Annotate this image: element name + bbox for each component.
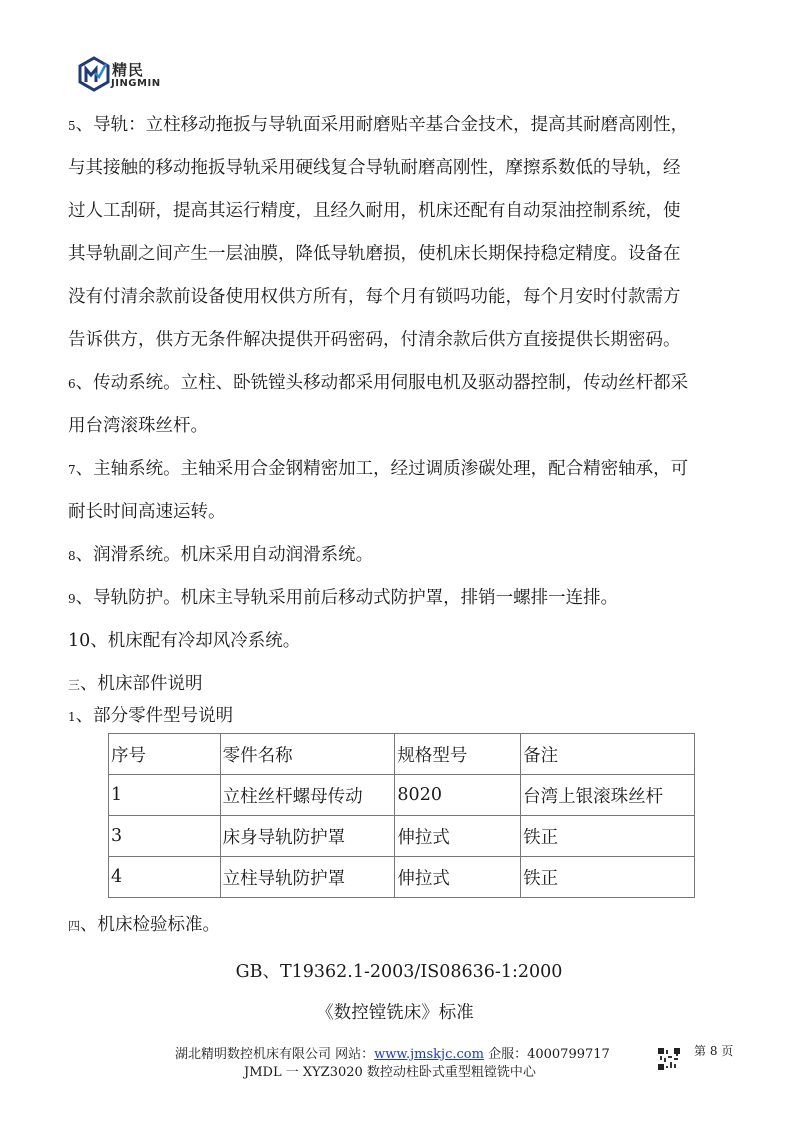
item10: 10、机床配有冷却风冷系统。 bbox=[68, 631, 300, 651]
sub-number: 1 bbox=[68, 710, 76, 724]
company-logo: 精民 JINGMIN bbox=[78, 56, 188, 98]
item5-line-5: 没有付清余款前设备使用权供方所有，每个月有锁吗功能，每个月安时付款需方 bbox=[68, 287, 681, 307]
item5-line-2: 与其接触的移动拖扳导轨采用硬线复合导轨耐磨高刚性，摩擦系数低的导轨，经 bbox=[68, 158, 681, 178]
paragraph-text: 、导轨：立柱移动拖扳与导轨面采用耐磨贴辛基合金技术，提高其耐磨高刚性， bbox=[76, 115, 689, 135]
item8: 8、润滑系统。机床采用自动润滑系统。 bbox=[68, 545, 373, 566]
section-number: 四 bbox=[68, 919, 80, 933]
sub1-heading: 1、部分零件型号说明 bbox=[68, 706, 233, 727]
cell-model: 8020 bbox=[395, 775, 521, 816]
item-number: 6 bbox=[68, 377, 76, 391]
qr-code-icon bbox=[658, 1048, 680, 1070]
cell-index: 4 bbox=[109, 857, 221, 898]
standard-code: GB、T19362.1-2003/IS08636-1:2000 bbox=[0, 958, 799, 983]
item5-line-6: 告诉供方，供方无条件解决提供开码密码，付清余款后供方直接提供长期密码。 bbox=[68, 330, 681, 350]
website-link[interactable]: www.jmskjc.com bbox=[374, 1047, 484, 1062]
item6-line-1: 6、传动系统。立柱、卧铣镗头移动都采用伺服电机及驱动器控制，传动丝杆都采 bbox=[68, 373, 688, 394]
table-row: 1 立柱丝杆螺母传动 8020 台湾上银滚珠丝杆 bbox=[109, 775, 695, 816]
logo-hexagon-icon bbox=[78, 56, 110, 92]
page-number: 第 8 页 bbox=[694, 1042, 733, 1059]
cell-part-name: 立柱导轨防护罩 bbox=[220, 857, 395, 898]
cell-remark: 铁正 bbox=[521, 816, 695, 857]
item6-line-2: 用台湾滚珠丝杆。 bbox=[68, 416, 208, 436]
service-phone: 4000799717 bbox=[527, 1047, 610, 1062]
parts-table: 序号 零件名称 规格型号 备注 1 立柱丝杆螺母传动 8020 台湾上银滚珠丝杆… bbox=[108, 733, 695, 898]
cell-index: 1 bbox=[109, 775, 221, 816]
paragraph-text: 、润滑系统。机床采用自动润滑系统。 bbox=[76, 545, 374, 565]
item5-line-1: 5、导轨：立柱移动拖扳与导轨面采用耐磨贴辛基合金技术，提高其耐磨高刚性， bbox=[68, 115, 688, 136]
section3-heading: 三、机床部件说明 bbox=[68, 674, 203, 695]
website-label: 网站： bbox=[335, 1047, 374, 1062]
cell-part-name: 立柱丝杆螺母传动 bbox=[220, 775, 395, 816]
item7-line-2: 耐长时间高速运转。 bbox=[68, 502, 226, 522]
heading-text: 、机床检验标准。 bbox=[80, 915, 220, 935]
item-number: 8 bbox=[68, 549, 76, 563]
section-number: 三 bbox=[68, 678, 80, 692]
header-cell-index: 序号 bbox=[109, 734, 221, 775]
heading-text: 、机床部件说明 bbox=[80, 674, 203, 694]
item-number: 7 bbox=[68, 463, 76, 477]
table-header-row: 序号 零件名称 规格型号 备注 bbox=[109, 734, 695, 775]
section4-heading: 四、机床检验标准。 bbox=[68, 915, 220, 936]
paragraph-text: 、传动系统。立柱、卧铣镗头移动都采用伺服电机及驱动器控制，传动丝杆都采 bbox=[76, 373, 689, 393]
cell-model: 伸拉式 bbox=[395, 857, 521, 898]
header-cell-part-name: 零件名称 bbox=[220, 734, 395, 775]
service-label: 企服： bbox=[488, 1047, 527, 1062]
header-cell-model: 规格型号 bbox=[395, 734, 521, 775]
cell-model: 伸拉式 bbox=[395, 816, 521, 857]
cell-remark: 铁正 bbox=[521, 857, 695, 898]
company-name: 湖北精明数控机床有限公司 bbox=[175, 1047, 331, 1062]
standard-name: 《数控镗铣床》标准 bbox=[0, 999, 795, 1024]
item9: 9、导轨防护。机床主导轨采用前后移动式防护罩，排销一螺排一连排。 bbox=[68, 588, 618, 609]
footer-product-line: JMDL 一 XYZ3020 数控动柱卧式重型粗镗铣中心 bbox=[244, 1061, 536, 1080]
logo-text-cn: 精民 bbox=[112, 59, 144, 80]
paragraph-text: 、导轨防护。机床主导轨采用前后移动式防护罩，排销一螺排一连排。 bbox=[76, 588, 619, 608]
header-cell-remark: 备注 bbox=[521, 734, 695, 775]
cell-remark: 台湾上银滚珠丝杆 bbox=[521, 775, 695, 816]
item5-line-4: 其导轨副之间产生一层油膜，降低导轨磨损，使机床长期保持稳定精度。设备在 bbox=[68, 244, 681, 264]
cell-index: 3 bbox=[109, 816, 221, 857]
item-number: 9 bbox=[68, 592, 76, 606]
table-row: 4 立柱导轨防护罩 伸拉式 铁正 bbox=[109, 857, 695, 898]
table-row: 3 床身导轨防护罩 伸拉式 铁正 bbox=[109, 816, 695, 857]
logo-text-en: JINGMIN bbox=[111, 78, 161, 89]
heading-text: 、部分零件型号说明 bbox=[76, 706, 234, 726]
item7-line-1: 7、主轴系统。主轴采用合金钢精密加工，经过调质渗碳处理，配合精密轴承，可 bbox=[68, 459, 688, 480]
item-number: 5 bbox=[68, 119, 76, 133]
paragraph-text: 、主轴系统。主轴采用合金钢精密加工，经过调质渗碳处理，配合精密轴承，可 bbox=[76, 459, 689, 479]
item5-line-3: 过人工刮研，提高其运行精度，且经久耐用，机床还配有自动泵油控制系统，使 bbox=[68, 201, 681, 221]
cell-part-name: 床身导轨防护罩 bbox=[220, 816, 395, 857]
footer-company-line: 湖北精明数控机床有限公司 网站：www.jmskjc.com 企服：400079… bbox=[175, 1043, 610, 1062]
